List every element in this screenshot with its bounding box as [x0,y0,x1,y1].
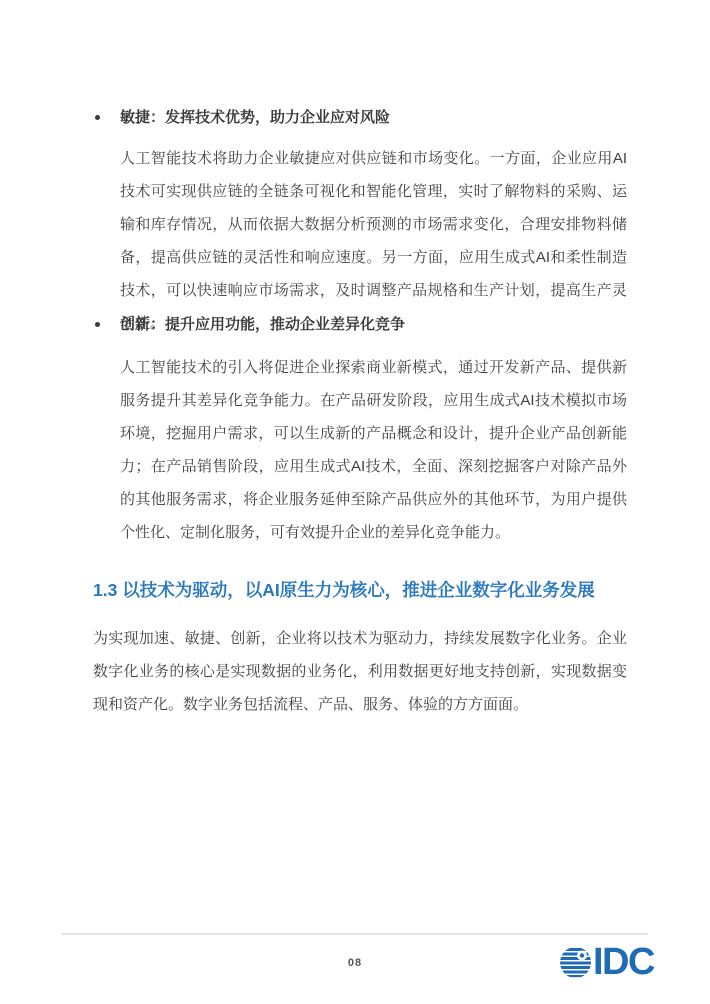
document-page: 敏捷：发挥技术优势，助力企业应对风险 人工智能技术将助力企业敏捷应对供应链和市场… [0,0,710,1004]
bullet-paragraph-innovation: 人工智能技术的引入将促进企业探索商业新模式，通过开发新产品、提供新服务提升其差异… [120,351,627,549]
footer-divider [62,933,648,935]
bullet-heading-agile-text: 敏捷：发挥技术优势，助力企业应对风险 [120,109,390,126]
section-paragraph: 为实现加速、敏捷、创新，企业将以技术为驱动力，持续发展数字化业务。企业数字化业务… [93,622,627,721]
idc-logo-text: IDC [593,947,654,978]
bullet-paragraph-agile: 人工智能技术将助力企业敏捷应对供应链和市场变化。一方面，企业应用AI技术可实现供… [120,142,627,340]
idc-globe-icon [560,947,591,978]
bullet-heading-innovation: 创新：提升应用功能，推动企业差异化竞争 [120,313,627,337]
bullet-heading-innovation-text: 创新：提升应用功能，推动企业差异化竞争 [120,316,405,333]
section-heading-1-3: 1.3 以技术为驱动，以AI原生力为核心，推进企业数字化业务发展 [93,577,633,603]
bullet-icon [95,115,100,120]
idc-logo: IDC [560,947,654,978]
bullet-icon [95,322,100,327]
bullet-heading-agile: 敏捷：发挥技术优势，助力企业应对风险 [120,106,627,130]
